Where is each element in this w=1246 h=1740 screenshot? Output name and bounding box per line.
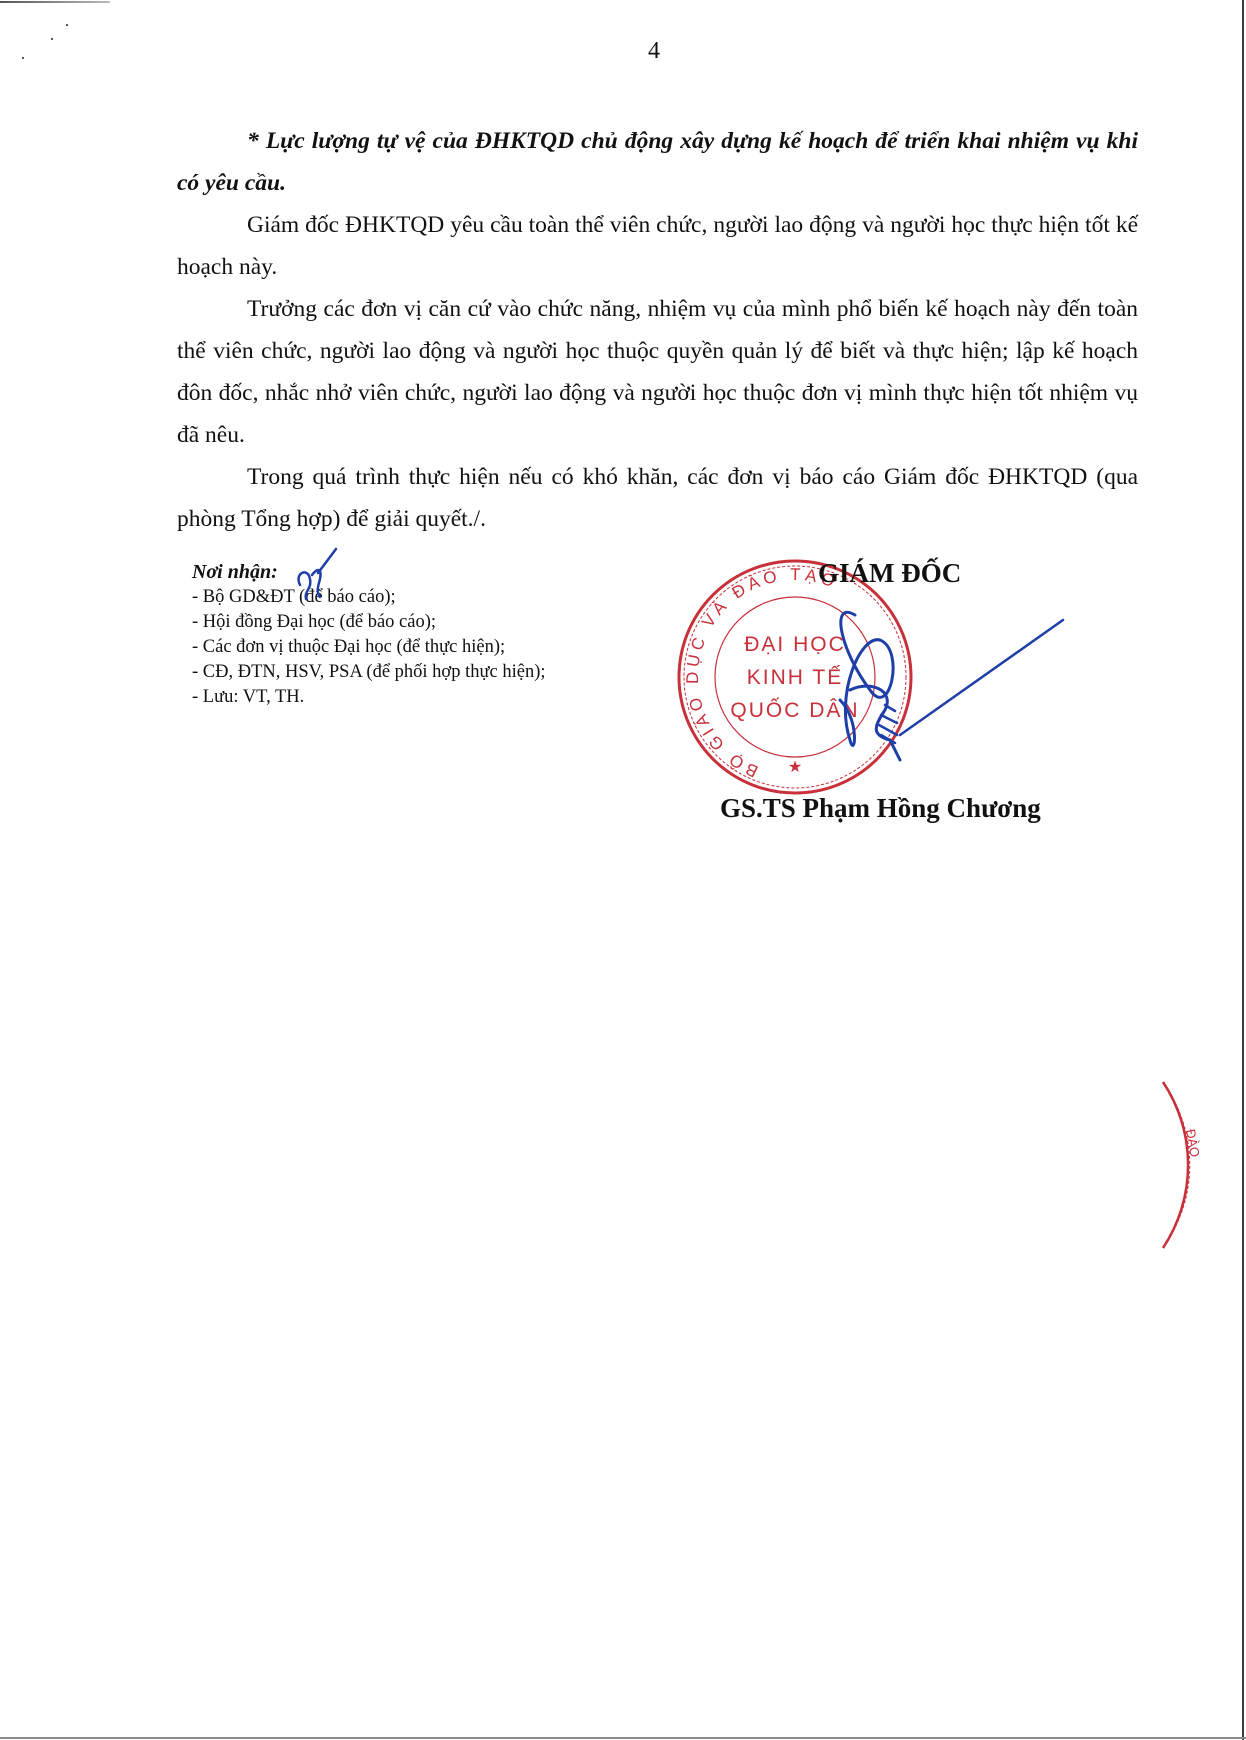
- paragraph-self-defense: * Lực lượng tự vệ của ĐHKTQD chủ động xâ…: [177, 120, 1138, 204]
- stamp-ring-text: BỘ GIÁO DỤC VÀ ĐÀO TẠO: [683, 565, 841, 781]
- recipient-item: - Hội đồng Đại học (để báo cáo);: [192, 610, 546, 635]
- page-number: 4: [648, 38, 660, 65]
- recipient-item: - CĐ, ĐTN, HSV, PSA (để phối hợp thực hi…: [192, 660, 546, 685]
- recipients-block: Nơi nhận: - Bộ GD&ĐT (để báo cáo); - Hội…: [192, 560, 546, 710]
- official-stamp: [679, 561, 911, 793]
- scan-speck: [66, 24, 68, 26]
- scan-speck: [51, 38, 53, 40]
- scan-speck: [22, 57, 24, 59]
- recipient-item: - Bộ GD&ĐT (để báo cáo);: [192, 585, 546, 610]
- partial-stamp-text: ĐÀO: [1183, 1128, 1203, 1158]
- recipients-heading: Nơi nhận:: [192, 560, 546, 585]
- recipient-item: - Các đơn vị thuộc Đại học (để thực hiện…: [192, 635, 546, 660]
- signature-title: GIÁM ĐỐC: [818, 558, 961, 589]
- paragraph-unit-heads: Trưởng các đơn vị căn cứ vào chức năng, …: [177, 288, 1138, 456]
- stamp-center-line: KINH TẾ: [747, 666, 843, 689]
- partial-stamp-edge: [1163, 1082, 1190, 1248]
- paragraph-director-request: Giám đốc ĐHKTQD yêu cầu toàn thể viên ch…: [177, 204, 1138, 288]
- recipients-list: - Bộ GD&ĐT (để báo cáo); - Hội đồng Đại …: [192, 585, 546, 710]
- document-body: * Lực lượng tự vệ của ĐHKTQD chủ động xâ…: [177, 120, 1138, 540]
- scan-artifact-line: [0, 1, 110, 3]
- page-edge: [1242, 0, 1244, 1740]
- stamp-star-icon: ★: [788, 759, 802, 776]
- paragraph-difficulties: Trong quá trình thực hiện nếu có khó khă…: [177, 456, 1138, 540]
- stamp-center-line: ĐẠI HỌC: [744, 633, 846, 656]
- page-edge: [0, 1737, 1246, 1739]
- stamp-center-line: QUỐC DÂN: [730, 698, 859, 722]
- signatory-name: GS.TS Phạm Hồng Chương: [720, 793, 1041, 824]
- recipient-item: - Lưu: VT, TH.: [192, 685, 546, 710]
- director-signature: [840, 612, 1063, 760]
